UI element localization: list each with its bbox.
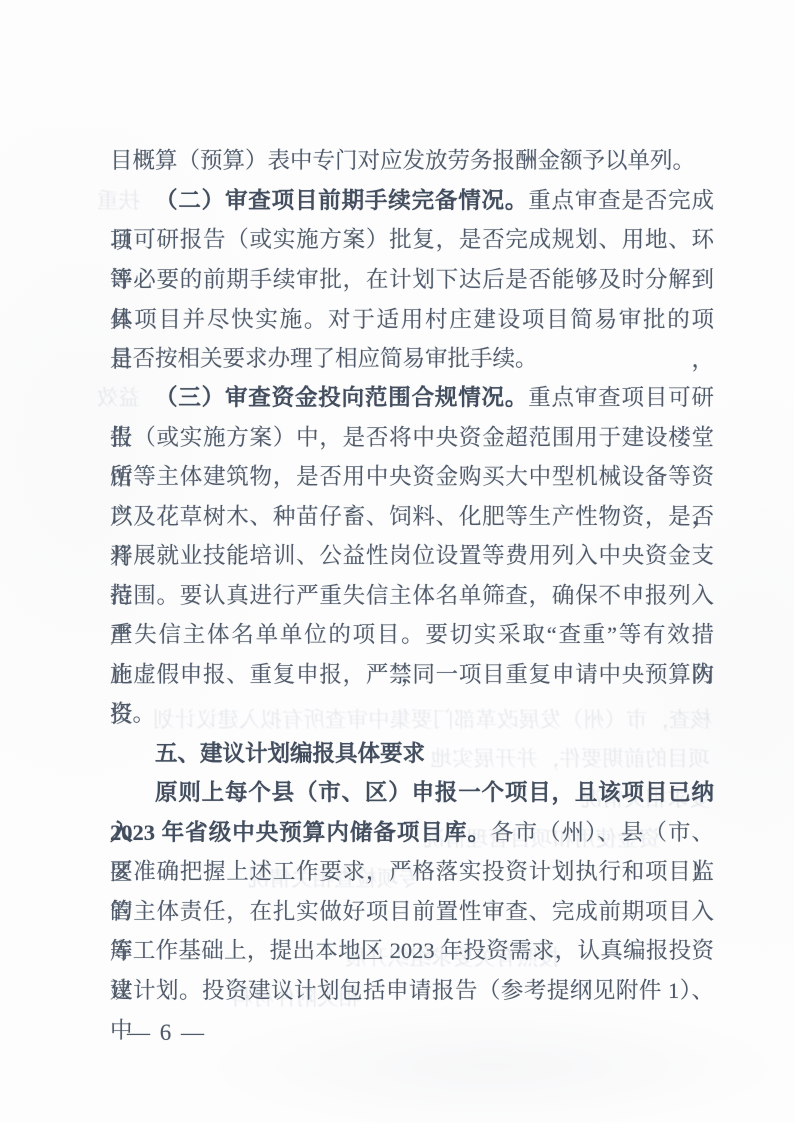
- text-line: 开展就业技能培训、公益性岗位设置等费用列入中央资金支持: [110, 536, 714, 576]
- text-line: （二）审查项目前期手续完备情况。重点审查是否完成项: [110, 181, 714, 221]
- bold-text-segment: 2023 年省级中央预算内储备项目库。: [110, 820, 491, 845]
- text-line: 五、建议计划编报具体要求: [110, 734, 714, 774]
- text-line: （三）审查资金投向范围合规情况。重点审查项目可研报: [110, 378, 714, 418]
- text-line: 以及花草树木、种苗仔畜、饲料、化肥等生产性物资，是否将: [110, 497, 714, 537]
- body-text-segment: 目概算（预算）表中专门对应发放劳务报酬金额予以单列。: [110, 148, 695, 173]
- text-line: 的主体责任，在扎实做好项目前置性审查、完成前期项目入库: [110, 892, 714, 932]
- text-line: 要准确把握上述工作要求，严格落实投资计划执行和项目监管: [110, 852, 714, 892]
- text-line: 资。: [110, 694, 714, 734]
- bold-text-segment: （二）审查项目前期手续完备情况。: [155, 188, 528, 213]
- text-line: 所等主体建筑物，是否用中央资金购买大中型机械设备等资产，: [110, 457, 714, 497]
- content-lines: 目概算（预算）表中专门对应发放劳务报酬金额予以单列。（二）审查项目前期手续完备情…: [110, 0, 714, 1123]
- body-text-segment: 资。: [110, 701, 155, 726]
- text-line: 告（或实施方案）中，是否将中央资金超范围用于建设楼堂馆: [110, 418, 714, 458]
- page-number: — 6 —: [127, 1013, 206, 1053]
- bold-text-segment: 五、建议计划编报具体要求: [155, 741, 425, 766]
- text-line: 是否按相关要求办理了相应简易审批手续。: [110, 339, 714, 379]
- text-line: 止虚假申报、重复申报，严禁同一项目重复申请中央预算内投: [110, 655, 714, 695]
- bold-text-segment: （三）审查资金投向范围合规情况。: [155, 385, 528, 410]
- text-line: 议计划。投资建议计划包括申请报告（参考提纲见附件 1）、中: [110, 971, 714, 1011]
- text-line: 重失信主体名单单位的项目。要切实采取“查重”等有效措施，防: [110, 615, 714, 655]
- text-line: 等工作基础上，提出本地区 2023 年投资需求，认真编报投资建: [110, 931, 714, 971]
- text-line: 2023 年省级中央预算内储备项目库。各市（州）、县（市、区）: [110, 813, 714, 853]
- text-line: 等必要的前期手续审批，在计划下达后是否能够及时分解到具: [110, 260, 714, 300]
- text-line: 范围。要认真进行严重失信主体名单筛查，确保不申报列入严: [110, 576, 714, 616]
- text-line: 原则上每个县（市、区）申报一个项目，且该项目已纳入: [110, 773, 714, 813]
- text-line: 目可研报告（或实施方案）批复，是否完成规划、用地、环评: [110, 220, 714, 260]
- body-text-segment: 是否按相关要求办理了相应简易审批手续。: [110, 346, 538, 371]
- text-line: 体项目并尽快实施。对于适用村庄建设项目简易审批的项目，: [110, 300, 714, 340]
- text-line: 目概算（预算）表中专门对应发放劳务报酬金额予以单列。: [110, 141, 714, 181]
- document-page: 扶重益效核查，市（州）发展改革部门要集中审查所有拟入建议计划项目的前期要件，并开…: [0, 0, 794, 1123]
